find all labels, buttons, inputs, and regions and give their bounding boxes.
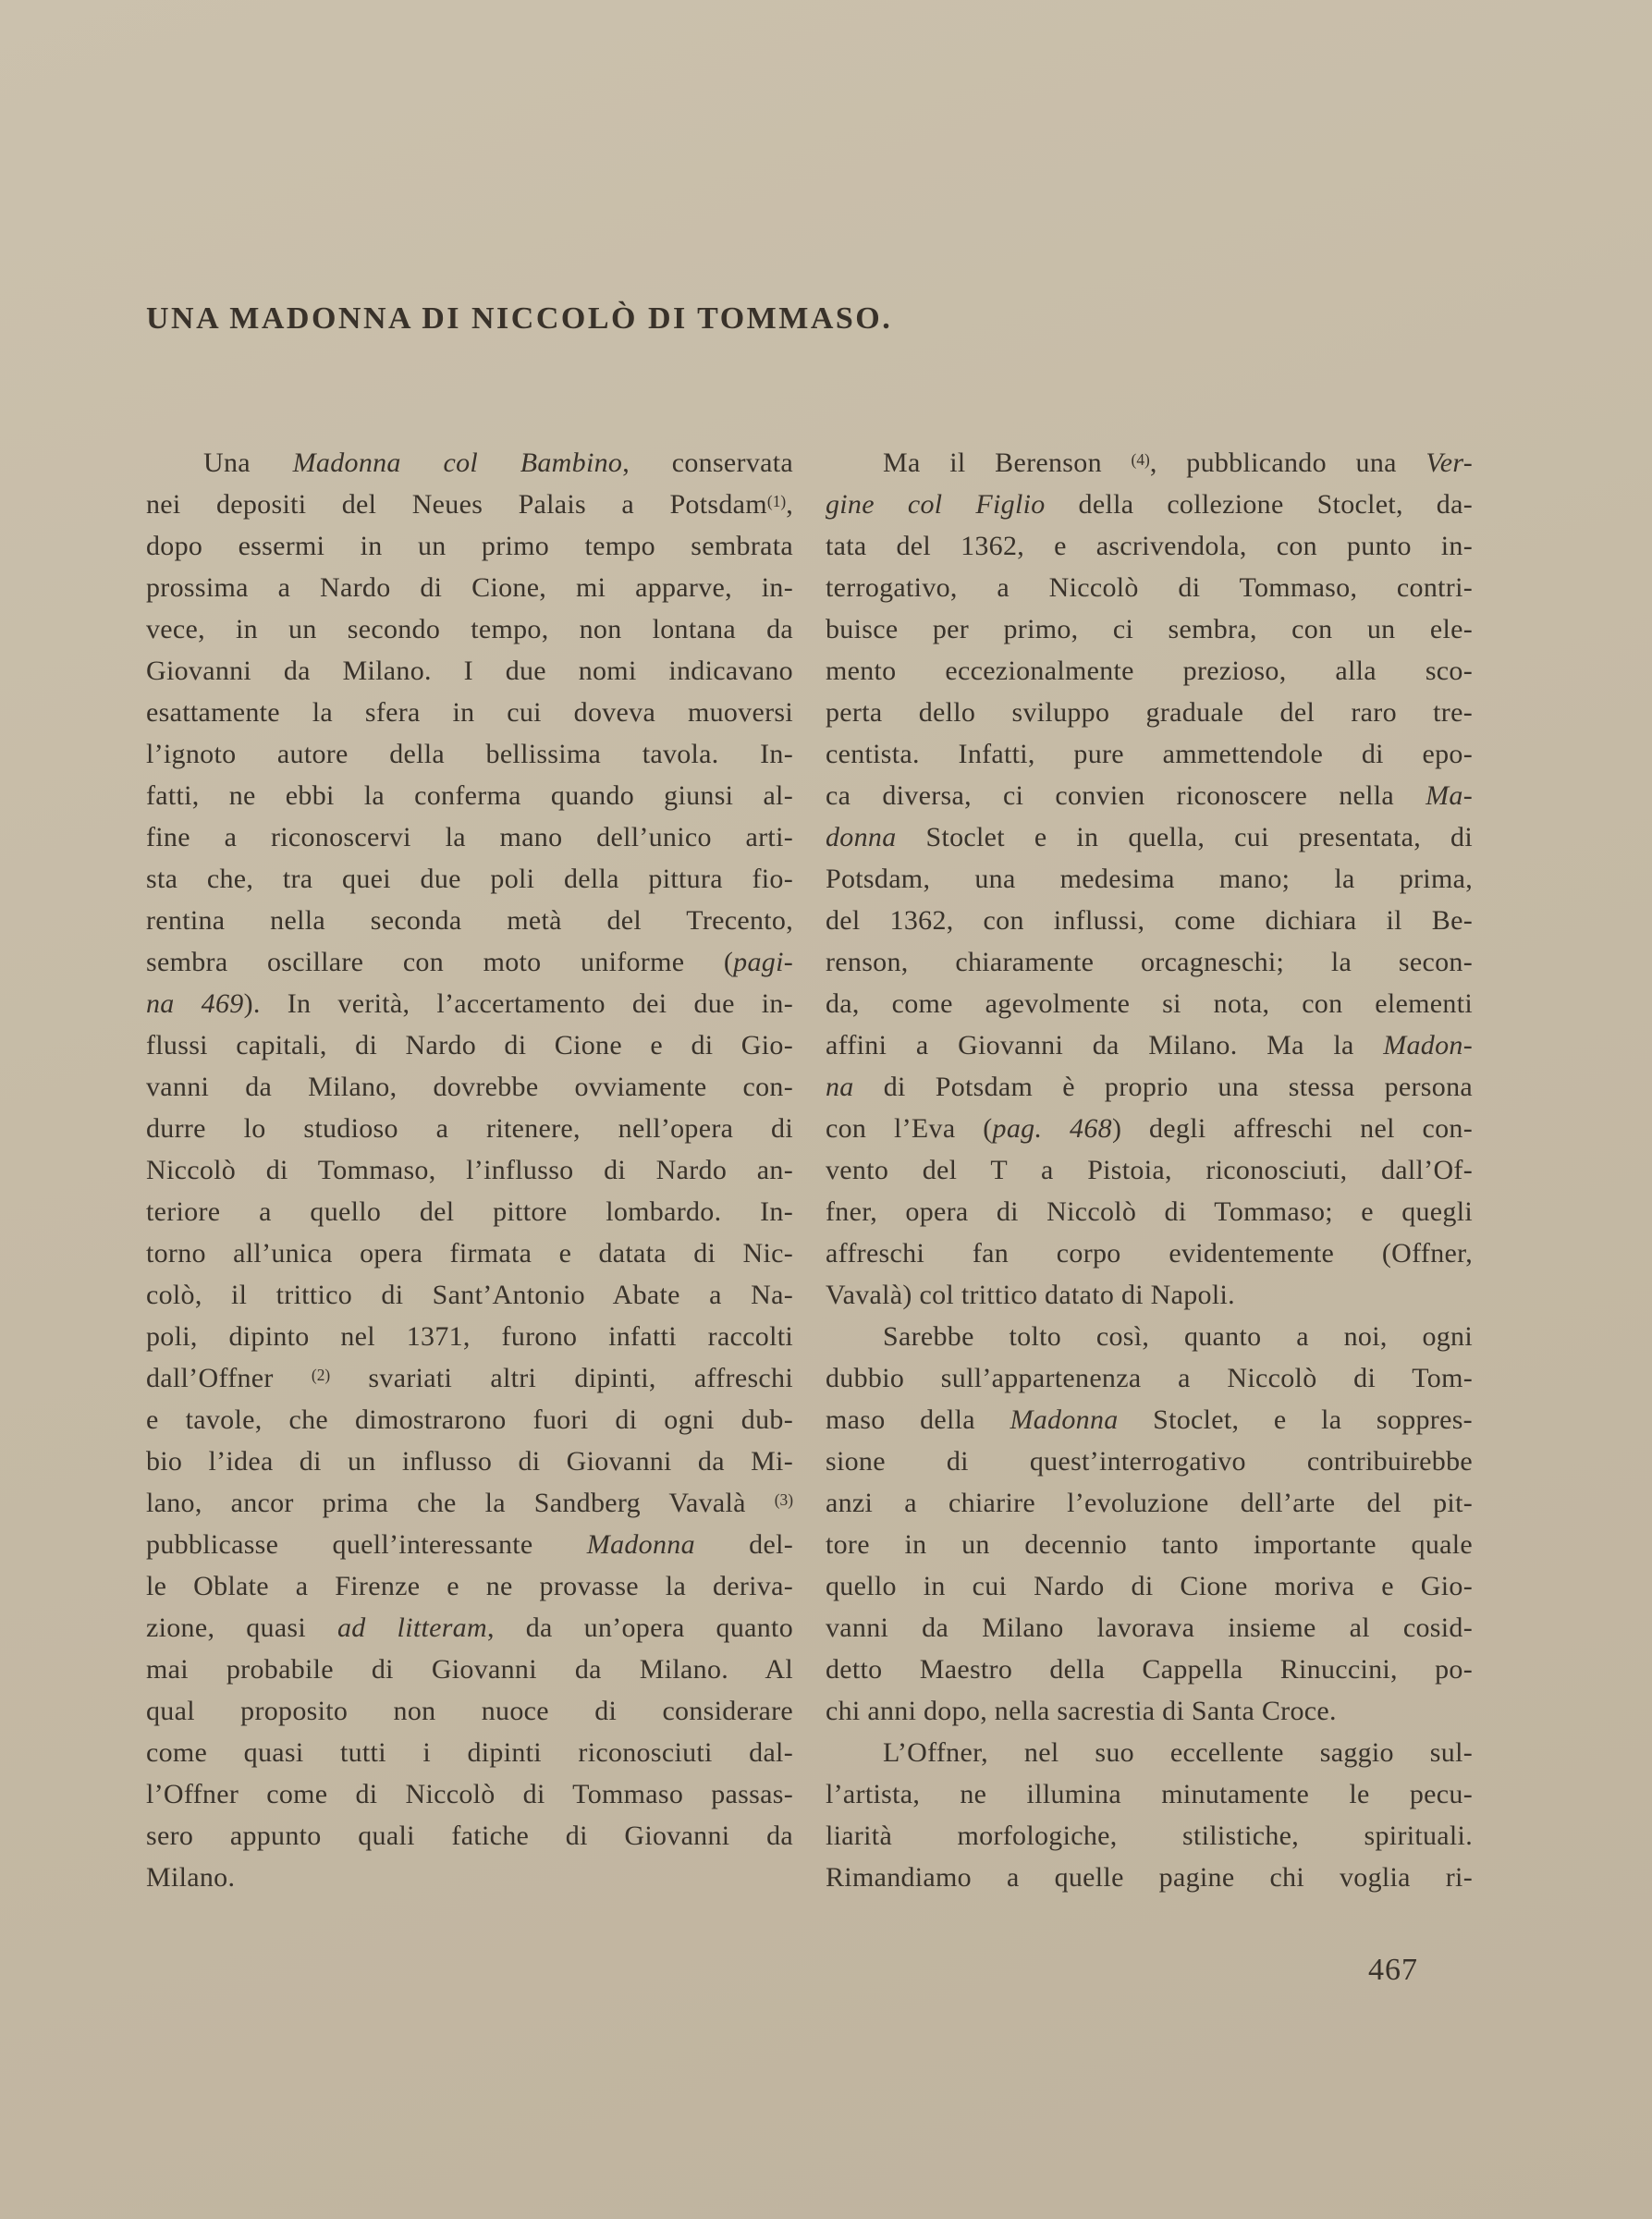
text-line: buisce per primo, ci sembra, con un ele- <box>826 608 1473 650</box>
text-line: fine a riconoscervi la mano dell’unico a… <box>146 816 793 858</box>
text-line: durre lo studioso a ritenere, nell’opera… <box>146 1108 793 1149</box>
text-line: come quasi tutti i dipinti riconosciuti … <box>146 1732 793 1773</box>
text-line: rentina nella seconda metà del Trecento, <box>146 900 793 941</box>
text-line: L’Offner, nel suo eccellente saggio sul- <box>826 1732 1473 1773</box>
text-line: vece, in un secondo tempo, non lontana d… <box>146 608 793 650</box>
text-line: na 469). In verità, l’accertamento dei d… <box>146 983 793 1024</box>
text-line: bio l’idea di un influsso di Giovanni da… <box>146 1441 793 1482</box>
text-line: Una Madonna col Bambino, conservata <box>146 442 793 484</box>
text-line: dubbio sull’appartenenza a Niccolò di To… <box>826 1357 1473 1399</box>
text-line: sembra oscillare con moto uniforme (pagi… <box>146 941 793 983</box>
text-line: centista. Infatti, pure ammettendole di … <box>826 733 1473 775</box>
text-line: Giovanni da Milano. I due nomi indicavan… <box>146 650 793 692</box>
article-title: UNA MADONNA DI NICCOLÒ DI TOMMASO. <box>146 301 892 337</box>
text-line: pubblicasse quell’interessante Madonna d… <box>146 1524 793 1565</box>
footnote-marker: (2) <box>312 1366 330 1384</box>
text-line: Ma il Berenson (4), pubblicando una Ver- <box>826 442 1473 484</box>
text-line: Rimandiamo a quelle pagine chi voglia ri… <box>826 1857 1473 1898</box>
text-line: l’ignoto autore della bellissima tavola.… <box>146 733 793 775</box>
text-line: con l’Eva (pag. 468) degli affreschi nel… <box>826 1108 1473 1149</box>
text-line: zione, quasi ad litteram, da un’opera qu… <box>146 1607 793 1649</box>
text-line: liarità morfologiche, stilistiche, spiri… <box>826 1815 1473 1857</box>
text-line: perta dello sviluppo graduale del raro t… <box>826 692 1473 733</box>
text-line: le Oblate a Firenze e ne provasse la der… <box>146 1565 793 1607</box>
text-line: prossima a Nardo di Cione, mi apparve, i… <box>146 567 793 608</box>
text-line: vento del T a Pistoia, riconosciuti, dal… <box>826 1149 1473 1191</box>
text-line: sero appunto quali fatiche di Giovanni d… <box>146 1815 793 1857</box>
text-line: mai probabile di Giovanni da Milano. Al <box>146 1649 793 1690</box>
text-line: lano, ancor prima che la Sandberg Vavalà… <box>146 1482 793 1524</box>
text-line: qual proposito non nuoce di considerare <box>146 1690 793 1732</box>
footnote-marker: (1) <box>767 492 786 510</box>
text-line: ca diversa, ci convien riconoscere nella… <box>826 775 1473 816</box>
text-line: maso della Madonna Stoclet, e la soppres… <box>826 1399 1473 1441</box>
text-line: l’artista, ne illumina minutamente le pe… <box>826 1773 1473 1815</box>
text-line: flussi capitali, di Nardo di Cione e di … <box>146 1024 793 1066</box>
text-line: teriore a quello del pittore lombardo. I… <box>146 1191 793 1232</box>
footnote-marker: (4) <box>1132 450 1150 469</box>
text-line: poli, dipinto nel 1371, furono infatti r… <box>146 1316 793 1357</box>
footnote-marker: (3) <box>775 1490 793 1509</box>
text-line: del 1362, con influssi, come dichiara il… <box>826 900 1473 941</box>
text-line: anzi a chiarire l’evoluzione dell’arte d… <box>826 1482 1473 1524</box>
text-line: affreschi fan corpo evidentemente (Offne… <box>826 1232 1473 1274</box>
text-line: fatti, ne ebbi la conferma quando giunsi… <box>146 775 793 816</box>
text-line: sione di quest’interrogativo contribuire… <box>826 1441 1473 1482</box>
text-line: vanni da Milano lavorava insieme al cosi… <box>826 1607 1473 1649</box>
text-line: torno all’unica opera firmata e datata d… <box>146 1232 793 1274</box>
text-line: chi anni dopo, nella sacrestia di Santa … <box>826 1690 1473 1732</box>
text-line: nei depositi del Neues Palais a Potsdam(… <box>146 484 793 525</box>
text-line: Potsdam, una medesima mano; la prima, <box>826 858 1473 900</box>
text-line: detto Maestro della Cappella Rinuccini, … <box>826 1649 1473 1690</box>
text-line: donna Stoclet e in quella, cui presentat… <box>826 816 1473 858</box>
text-line: colò, il trittico di Sant’Antonio Abate … <box>146 1274 793 1316</box>
text-line: Niccolò di Tommaso, l’influsso di Nardo … <box>146 1149 793 1191</box>
text-line: quello in cui Nardo di Cione moriva e Gi… <box>826 1565 1473 1607</box>
left-column: Una Madonna col Bambino, conservatanei d… <box>146 442 793 1898</box>
text-line: renson, chiaramente orcagneschi; la seco… <box>826 941 1473 983</box>
text-line: vanni da Milano, dovrebbe ovviamente con… <box>146 1066 793 1108</box>
right-column: Ma il Berenson (4), pubblicando una Ver-… <box>826 442 1473 1898</box>
page-number: 467 <box>1368 1953 1418 1988</box>
text-line: Milano. <box>146 1857 793 1898</box>
text-line: tore in un decennio tanto importante qua… <box>826 1524 1473 1565</box>
text-line: dopo essermi in un primo tempo sembrata <box>146 525 793 567</box>
text-line: terrogativo, a Niccolò di Tommaso, contr… <box>826 567 1473 608</box>
text-line: mento eccezionalmente prezioso, alla sco… <box>826 650 1473 692</box>
text-line: tata del 1362, e ascrivendola, con punto… <box>826 525 1473 567</box>
text-line: Sarebbe tolto così, quanto a noi, ogni <box>826 1316 1473 1357</box>
text-line: esattamente la sfera in cui doveva muove… <box>146 692 793 733</box>
text-line: dall’Offner (2) svariati altri dipinti, … <box>146 1357 793 1399</box>
text-line: fner, opera di Niccolò di Tommaso; e que… <box>826 1191 1473 1232</box>
text-line: Vavalà) col trittico datato di Napoli. <box>826 1274 1473 1316</box>
text-line: affini a Giovanni da Milano. Ma la Madon… <box>826 1024 1473 1066</box>
text-line: gine col Figlio della collezione Stoclet… <box>826 484 1473 525</box>
text-line: na di Potsdam è proprio una stessa perso… <box>826 1066 1473 1108</box>
text-line: e tavole, che dimostrarono fuori di ogni… <box>146 1399 793 1441</box>
book-page: UNA MADONNA DI NICCOLÒ DI TOMMASO. Una M… <box>0 0 1652 2219</box>
text-line: l’Offner come di Niccolò di Tommaso pass… <box>146 1773 793 1815</box>
text-line: sta che, tra quei due poli della pittura… <box>146 858 793 900</box>
text-line: da, come agevolmente si nota, con elemen… <box>826 983 1473 1024</box>
